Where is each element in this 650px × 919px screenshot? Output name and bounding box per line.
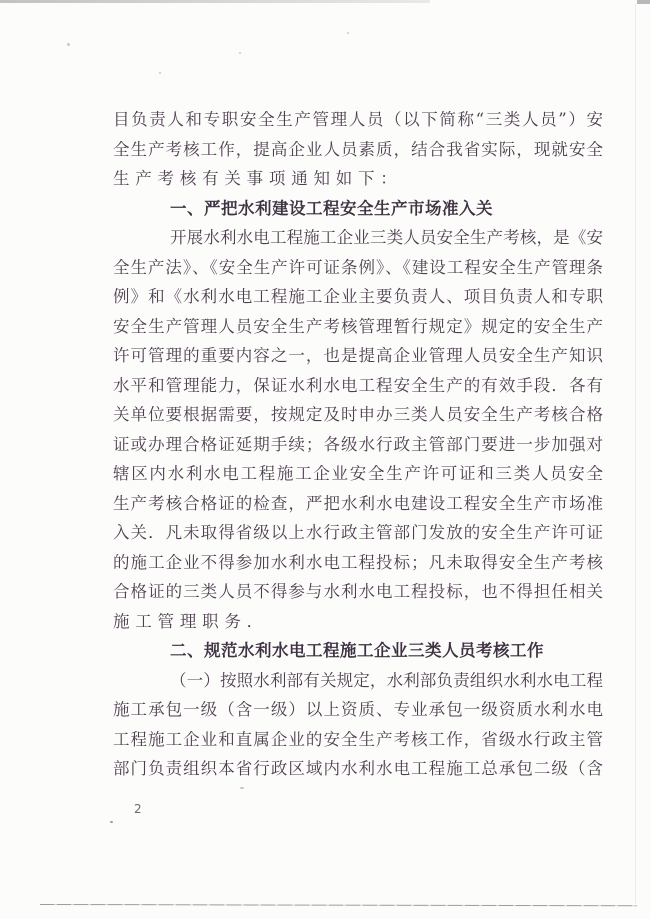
page-number: 2 <box>134 802 142 816</box>
section-1-line: 入关．凡未取得省级以上水行政主管部门发放的安全生产许可证 <box>113 518 603 548</box>
section-1-line: 的施工企业不得参加水利水电工程投标；凡未取得安全生产考核 <box>113 548 603 578</box>
section-2-heading: 二、规范水利水电工程施工企业三类人员考核工作 <box>113 636 603 666</box>
scan-speck <box>239 52 241 54</box>
section-1-line: 例》和《水利水电工程施工企业主要负责人、项目负责人和专职 <box>113 282 603 312</box>
scan-edge-top <box>0 0 430 3</box>
section-1-line: 证或办理合格证延期手续；各级水行政主管部门要进一步加强对 <box>113 430 603 460</box>
scan-speck <box>110 821 113 823</box>
scan-speck <box>159 72 161 74</box>
scan-speck <box>240 787 244 789</box>
section-2-line: 施工承包一级（含一级）以上资质、专业承包一级资质水利水电 <box>113 695 603 725</box>
section-1-line: 开展水利水电工程施工企业三类人员安全生产考核，是《安 <box>113 223 603 253</box>
section-2-line: 部门负责组织本省行政区域内水利水电工程施工总承包二级（含 <box>113 754 603 784</box>
section-1-line: 辖区内水利水电工程施工企业安全生产许可证和三类人员安全 <box>113 459 603 489</box>
scan-edge-right <box>635 4 636 904</box>
section-1-line: 合格证的三类人员不得参与水利水电工程投标，也不得担任相关 <box>113 577 603 607</box>
section-1-line: 全生产法》、《安全生产许可证条例》、《建设工程安全生产管理条 <box>113 253 603 283</box>
intro-line: 生产考核有关事项通知如下： <box>113 164 603 194</box>
section-1-line: 许可管理的重要内容之一，也是提高企业管理人员安全生产知识 <box>113 341 603 371</box>
section-1-line: 生产考核合格证的检查，严把水利水电建设工程安全生产市场准 <box>113 489 603 519</box>
section-2-line: 工程施工企业和直属企业的安全生产考核工作，省级水行政主管 <box>113 725 603 755</box>
section-2-line: （一）按照水利部有关规定，水利部负责组织水利水电工程 <box>113 666 603 696</box>
section-1-line: 施工管理职务． <box>113 607 603 637</box>
intro-line: 目负责人和专职安全生产管理人员（以下简称“三类人员”）安 <box>113 105 603 135</box>
intro-line: 全生产考核工作，提高企业人员素质，结合我省实际，现就安全 <box>113 135 603 165</box>
scan-speck <box>347 32 349 34</box>
section-1-line: 关单位要根据需要，按规定及时申办三类人员安全生产考核合格 <box>113 400 603 430</box>
scanned-document-page: 目负责人和专职安全生产管理人员（以下简称“三类人员”）安 全生产考核工作，提高企… <box>0 0 650 919</box>
scan-edge-bottom <box>40 904 637 906</box>
section-1-line: 水平和管理能力，保证水利水电工程安全生产的有效手段．各有 <box>113 371 603 401</box>
document-body: 目负责人和专职安全生产管理人员（以下简称“三类人员”）安 全生产考核工作，提高企… <box>113 105 603 784</box>
section-1-line: 安全生产管理人员安全生产考核管理暂行规定》规定的安全生产 <box>113 312 603 342</box>
section-1-heading: 一、严把水利建设工程安全生产市场准入关 <box>113 194 603 224</box>
scan-speck <box>67 43 70 46</box>
scan-edge-top-right <box>637 0 650 4</box>
